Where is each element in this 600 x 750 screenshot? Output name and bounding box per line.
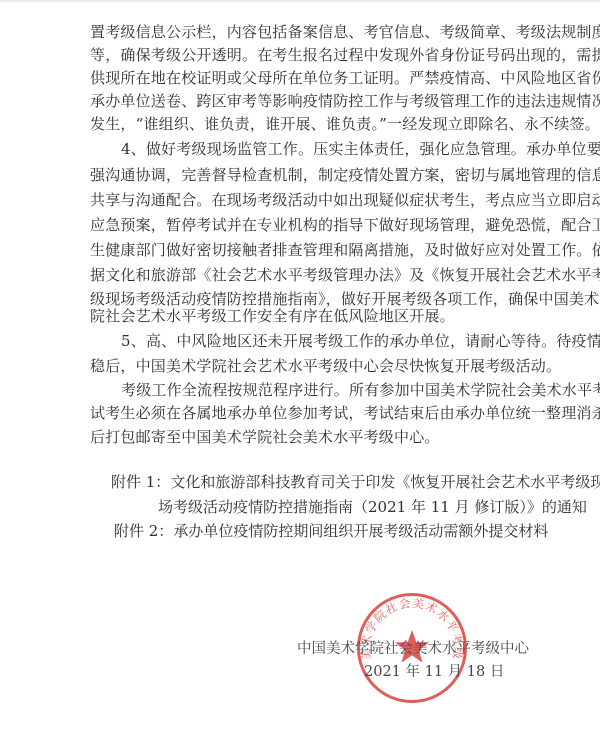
body-line: 据文化和旅游部《社会艺术水平考级管理办法》及《恢复开展社会艺术水平考 <box>90 264 507 286</box>
body-line: 后打包邮寄至中国美术学院社会美术水平考级中心。 <box>90 426 507 448</box>
annex-1-title-line1: 文化和旅游部科技教育司关于印发《恢复开展社会艺术水平考级现 <box>170 473 600 491</box>
annex-2-label: 附件 2： <box>114 522 173 540</box>
issue-date: 2021 年 11 月 18 日 <box>364 661 464 683</box>
annex-2-title: 承办单位疫情防控期间组织开展考级活动需额外提交材料 <box>173 522 548 540</box>
body-line: 应急预案，暂停考试并在专业机构的指导下做好现场管理，避免恐慌，配合卫 <box>90 214 507 236</box>
body-line: 强沟通协调，完善督导检查机制，制定疫情处置方案，密切与属地管理的信息 <box>90 164 507 186</box>
annex-1-label: 附件 1： <box>111 473 170 491</box>
body-line-closing: 考级工作全流程按规范程序进行。所有参加中国美术学院社会美术水平考 <box>90 379 507 401</box>
body-line: 等，确保考级公开透明。在考生报名过程中发现外省身份证号码出现的，需提 <box>90 44 507 66</box>
annex-1: 附件 1：文化和旅游部科技教育司关于印发《恢复开展社会艺术水平考级现 <box>111 471 600 493</box>
body-line: 置考级信息公示栏，内容包括备案信息、考官信息、考级简章、考级法规制度 <box>90 21 507 43</box>
body-line: 供现所在地在校证明或父母所在单位务工证明。严禁疫情高、中风险地区省份 <box>90 67 507 89</box>
body-line-item-4: 4、做好考级现场监管工作。压实主体责任，强化应急管理。承办单位要加 <box>90 138 507 160</box>
body-line: 发生，“谁组织、谁负责，谁开展、谁负责。”一经发现立即除名、永不续签。 <box>90 113 507 135</box>
annex-2: 附件 2：承办单位疫情防控期间组织开展考级活动需额外提交材料 <box>114 520 548 542</box>
annex-1-title-line2: 场考级活动疫情防控措施指南（2021 年 11 月 修订版）》的通知 <box>158 496 587 518</box>
body-line-item-5: 5、高、中风险地区还未开展考级工作的承办单位，请耐心等待。待疫情平 <box>90 330 507 352</box>
body-line: 稳后，中国美术学院社会艺术水平考级中心会尽快恢复开展考级活动。 <box>90 355 507 377</box>
document-page: 置考级信息公示栏，内容包括备案信息、考官信息、考级简章、考级法规制度 等，确保考… <box>0 0 600 750</box>
issuer-signature: 中国美术学院社会美术水平考级中心 <box>297 638 493 660</box>
body-line: 承办单位送卷、跨区审考等影响疫情防控工作与考级管理工作的违法违规情况 <box>90 90 507 112</box>
body-line: 生健康部门做好密切接触者排查管理和隔离措施，及时做好应对处置工作。依 <box>90 239 507 261</box>
body-line: 试考生必须在各属地承办单位参加考试，考试结束后由承办单位统一整理消杀 <box>90 402 507 424</box>
body-line: 院社会艺术水平考级工作安全有序在低风险地区开展。 <box>90 305 507 327</box>
body-line: 共享与沟通配合。在现场考级活动中如出现疑似症状考生，考点应当立即启动 <box>90 189 507 211</box>
